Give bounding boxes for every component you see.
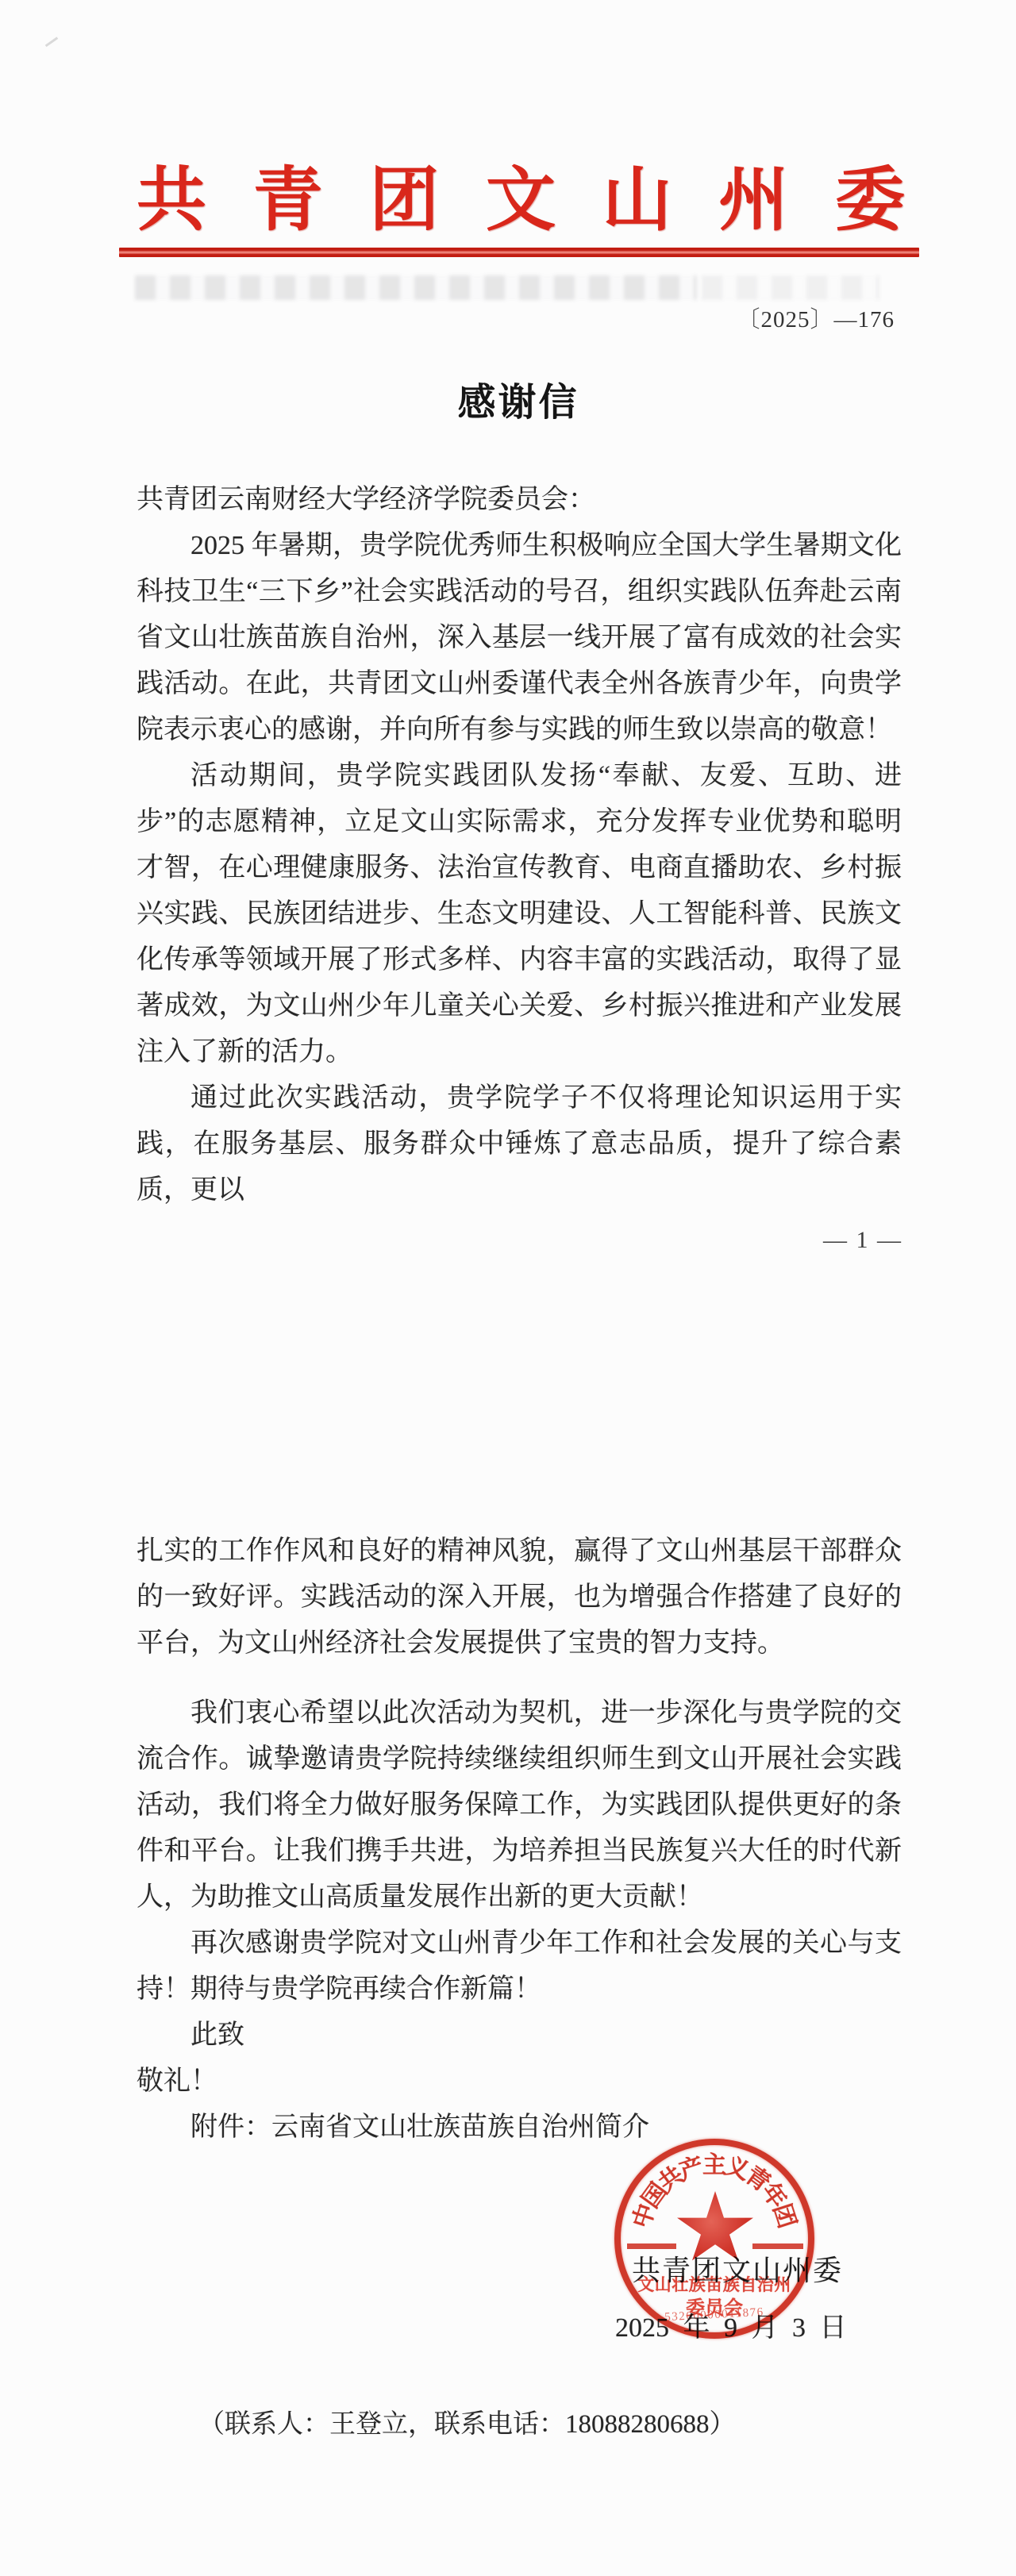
seal-bar — [627, 2243, 676, 2249]
letterhead-char: 青 — [253, 167, 323, 236]
scan-artifact-mark — [45, 37, 64, 56]
letterhead-char: 州 — [718, 167, 788, 236]
letterhead-char: 团 — [369, 167, 439, 236]
scanned-letter-page: { "header": { "org_name": "共青团文山州委", "ac… — [0, 0, 1016, 2576]
paragraph: 扎实的工作作风和良好的精神风貌，赢得了文山州基层干部群众的一致好评。实践活动的深… — [137, 1528, 902, 1667]
document-number: 〔2025〕—176 — [737, 302, 895, 334]
letterhead-char: 山 — [602, 167, 672, 236]
scan-ghost-band — [135, 275, 697, 300]
official-seal: 中国共产主义青年团 文山壮族苗族自治州 委员会 53260000011876 — [614, 2139, 814, 2339]
scan-ghost-band — [702, 275, 879, 300]
page-number: — 1 — — [823, 1227, 902, 1254]
paragraph: 再次感谢贵学院对文山州青少年工作和社会发展的关心与支持！期待与贵学院再续合作新篇… — [137, 1920, 902, 2013]
page1-body: 共青团云南财经大学经济学院委员会： 2025 年暑期，贵学院优秀师生积极响应全国… — [137, 477, 902, 1213]
paragraph: 通过此次实践活动，贵学院学子不仅将理论知识运用于实践，在服务基层、服务群众中锤炼… — [137, 1075, 902, 1213]
letterhead-char: 文 — [486, 167, 556, 236]
letterhead-org-name: 共青团文山州委 — [137, 163, 905, 240]
letterhead-red-rule — [119, 248, 919, 257]
salutation: 共青团云南财经大学经济学院委员会： — [137, 477, 902, 523]
paragraph: 活动期间，贵学院实践团队发扬“奉献、友爱、互助、进步”的志愿精神，立足文山实际需… — [137, 753, 902, 1075]
letterhead-char: 共 — [137, 167, 206, 236]
closing-jingli: 敬礼！ — [137, 2059, 902, 2105]
page2-body: 扎实的工作作风和良好的精神风貌，赢得了文山州基层干部群众的一致好评。实践活动的深… — [137, 1528, 902, 2151]
contact-line: （联系人：王登立，联系电话：18088280688） — [198, 2403, 736, 2440]
letter-title: 感谢信 — [21, 371, 1016, 426]
letterhead-char: 委 — [835, 167, 905, 236]
paragraph: 2025 年暑期，贵学院优秀师生积极响应全国大学生暑期文化科技卫生“三下乡”社会… — [137, 523, 902, 753]
seal-bar — [752, 2243, 803, 2249]
closing-cizhi: 此致 — [137, 2013, 902, 2059]
paragraph: 我们衷心希望以此次活动为契机，进一步深化与贵学院的交流合作。诚挚邀请贵学院持续继… — [137, 1690, 902, 1920]
